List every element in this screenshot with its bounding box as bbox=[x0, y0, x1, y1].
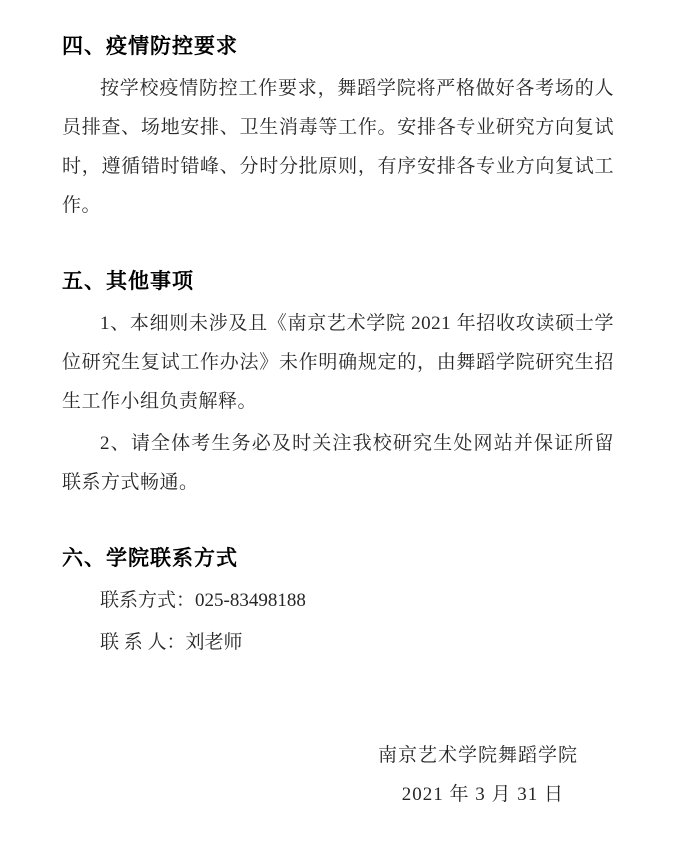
signature-date: 2021 年 3 月 31 日 bbox=[62, 775, 614, 814]
section-contact-info: 六、学院联系方式 联系方式：025-83498188 联 系 人：刘老师 bbox=[62, 539, 614, 662]
section-other-matters: 五、其他事项 1、本细则未涉及且《南京艺术学院 2021 年招收攻读硕士学位研究… bbox=[62, 262, 614, 502]
section-heading-contact-info: 六、学院联系方式 bbox=[62, 539, 614, 578]
contact-phone-line: 联系方式：025-83498188 bbox=[62, 581, 614, 620]
contact-person-line: 联 系 人：刘老师 bbox=[62, 623, 614, 662]
section-heading-epidemic-prevention: 四、疫情防控要求 bbox=[62, 27, 614, 66]
signature-block: 南京艺术学院舞蹈学院 2021 年 3 月 31 日 bbox=[62, 736, 614, 814]
paragraph-epidemic-prevention: 按学校疫情防控工作要求，舞蹈学院将严格做好各考场的人员排查、场地安排、卫生消毒等… bbox=[62, 69, 614, 225]
signature-organization: 南京艺术学院舞蹈学院 bbox=[62, 736, 614, 775]
document-page: 四、疫情防控要求 按学校疫情防控工作要求，舞蹈学院将严格做好各考场的人员排查、场… bbox=[0, 0, 674, 851]
document-content: 四、疫情防控要求 按学校疫情防控工作要求，舞蹈学院将严格做好各考场的人员排查、场… bbox=[62, 27, 614, 814]
section-epidemic-prevention: 四、疫情防控要求 按学校疫情防控工作要求，舞蹈学院将严格做好各考场的人员排查、场… bbox=[62, 27, 614, 225]
paragraph-other-matters-2: 2、请全体考生务必及时关注我校研究生处网站并保证所留联系方式畅通。 bbox=[62, 424, 614, 502]
section-heading-other-matters: 五、其他事项 bbox=[62, 262, 614, 301]
paragraph-other-matters-1: 1、本细则未涉及且《南京艺术学院 2021 年招收攻读硕士学位研究生复试工作办法… bbox=[62, 304, 614, 421]
